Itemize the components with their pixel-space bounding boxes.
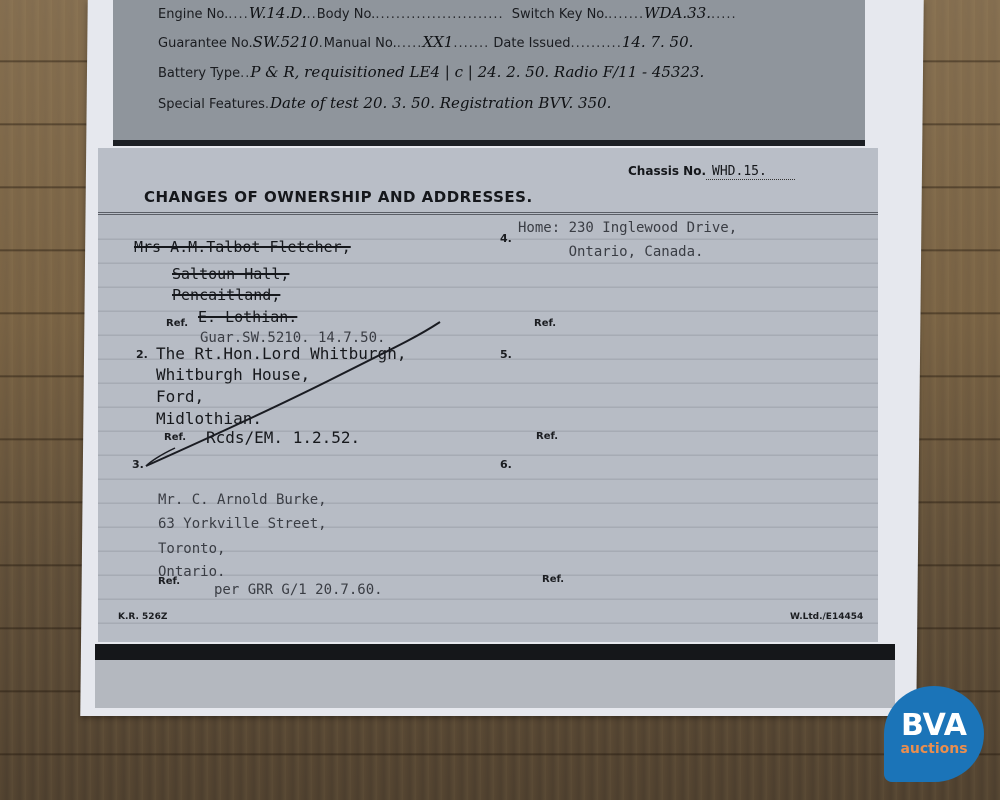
owner1-line1: Mrs A.M.Talbot Fletcher, xyxy=(134,238,351,256)
owner5-number: 5. xyxy=(500,348,512,361)
body-label: Body No. xyxy=(317,7,376,22)
card-title: CHANGES OF OWNERSHIP AND ADDRESSES. xyxy=(144,188,533,206)
owner3-ref-label: Ref. xyxy=(158,576,180,587)
battery-row: Battery Type..P & R, requisitioned LE4 |… xyxy=(158,63,704,81)
owner4-line1: Home: 230 Inglewood Drive, xyxy=(518,220,737,236)
owner5-ref-label: Ref. xyxy=(536,431,558,442)
lower-card-edge xyxy=(95,644,895,708)
owner2-line4: Midlothian. xyxy=(156,409,262,428)
engine-label: Engine No. xyxy=(158,7,228,22)
chassis-label: Chassis No. xyxy=(628,164,706,178)
owner2-line2: Whitburgh House, xyxy=(156,365,310,384)
owner3-line2: 63 Yorkville Street, xyxy=(158,516,327,532)
owner2-ref: Rcds/EM. 1.2.52. xyxy=(206,428,360,447)
owner4-number: 4. xyxy=(500,232,512,245)
owner2-number: 2. xyxy=(136,348,148,361)
date-issued-label: Date Issued xyxy=(493,36,570,51)
logo-brand: BVA xyxy=(901,711,967,741)
logo-subtitle: auctions xyxy=(900,741,967,757)
date-issued-value: 14. 7. 50. xyxy=(622,33,694,51)
switch-key-value: WDA.33. xyxy=(644,4,711,22)
manual-label: Manual No. xyxy=(324,36,397,51)
owner6-ref-label: Ref. xyxy=(542,574,564,585)
owner1-line3: Pencaitland, xyxy=(172,286,280,304)
owner6-number: 6. xyxy=(500,458,512,471)
owner3-line3: Toronto, xyxy=(158,541,225,557)
form-code: K.R. 526Z xyxy=(118,612,167,622)
owner3-ref: per GRR G/1 20.7.60. xyxy=(214,582,383,598)
guarantee-value: SW.5210 xyxy=(253,33,319,51)
battery-value: P & R, requisitioned LE4 | c | 24. 2. 50… xyxy=(250,63,704,81)
printer-code: W.Ltd./E14454 xyxy=(790,612,863,622)
owner4-line2: Ontario, Canada. xyxy=(518,244,703,260)
guarantee-label: Guarantee No. xyxy=(158,36,253,51)
chassis-value: WHD.15. xyxy=(706,164,795,180)
special-features-row: Special Features.Date of test 20. 3. 50.… xyxy=(158,94,611,112)
owner4-ref-label: Ref. xyxy=(534,318,556,329)
bva-auctions-logo: BVA auctions xyxy=(884,686,984,782)
owner3-line1: Mr. C. Arnold Burke, xyxy=(158,492,327,508)
switch-key-label: Switch Key No. xyxy=(512,7,608,22)
engine-row: Engine No.....W.14.D...Body No..........… xyxy=(158,4,737,22)
engine-value: W.14.D. xyxy=(249,4,307,22)
owner2-line3: Ford, xyxy=(156,387,204,406)
owner2-line1: The Rt.Hon.Lord Whitburgh, xyxy=(156,344,406,363)
chassis-number: Chassis No.WHD.15. xyxy=(628,164,795,179)
ownership-card: Chassis No.WHD.15. CHANGES OF OWNERSHIP … xyxy=(98,148,878,642)
guarantee-row: Guarantee No.SW.5210.Manual No......XX1.… xyxy=(158,33,693,51)
special-features-value: Date of test 20. 3. 50. Registration BVV… xyxy=(270,94,611,112)
owner2-ref-label: Ref. xyxy=(164,432,186,443)
owner3-number: 3. xyxy=(132,458,144,471)
special-features-label: Special Features xyxy=(158,97,265,112)
owner1-ref-label: Ref. xyxy=(166,318,188,329)
owner1-line2: Saltoun Hall, xyxy=(172,265,289,283)
owner1-line4: E. Lothian. xyxy=(198,308,297,326)
manual-value: XX1 xyxy=(422,33,453,51)
battery-label: Battery Type xyxy=(158,66,240,81)
